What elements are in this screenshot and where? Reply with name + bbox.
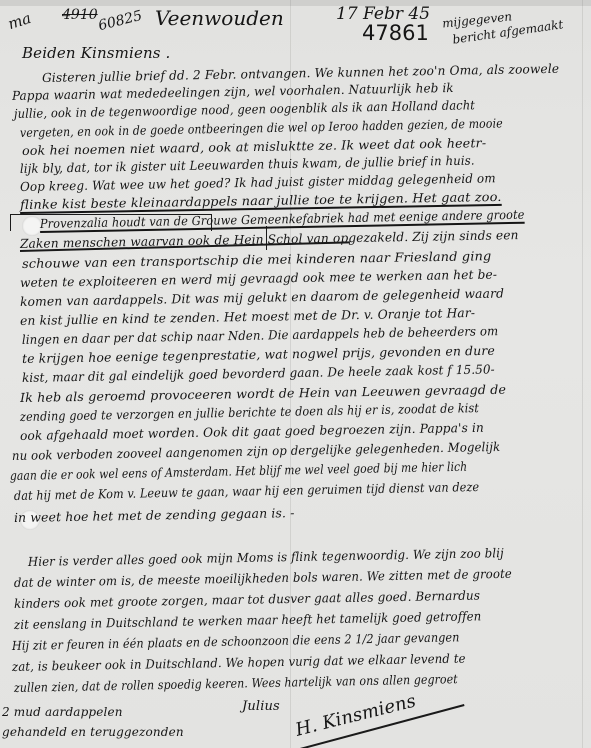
body-line: Hier is verder alles goed ook mijn Moms … bbox=[28, 547, 504, 568]
salutation: Beiden Kinsmiens . bbox=[22, 46, 170, 61]
footer-note-line2: gehandeld en teruggezonden bbox=[2, 726, 184, 738]
body-line: gaan die er ook wel eens of Amsterdam. H… bbox=[10, 461, 467, 483]
archive-number: 47861 bbox=[362, 23, 429, 44]
body-line: zat, is beukeer ook in Duitschland. We h… bbox=[12, 653, 466, 674]
body-line: kist, maar dit gal eindelijk goed bevord… bbox=[22, 363, 495, 384]
body-line: Hij zit er feuren in één plaats en de sc… bbox=[12, 631, 460, 652]
body-line: Gisteren jullie brief dd. 2 Febr. ontvan… bbox=[42, 63, 559, 85]
footer-note-line1: 2 mud aardappelen bbox=[2, 706, 123, 718]
header-annotation-number: 60825 bbox=[97, 9, 144, 33]
body-line: zullen zien, dat de rollen spoedig keere… bbox=[14, 673, 458, 694]
body-line: dat de winter om is, de meeste moeilijkh… bbox=[14, 568, 512, 590]
scan-top-strip bbox=[0, 0, 591, 6]
closing-word: Julius bbox=[242, 700, 280, 713]
header-annotation-left: ma bbox=[6, 11, 33, 32]
body-line: ook afgehaald moet worden. Ook dit gaat … bbox=[20, 422, 484, 443]
letter-page: ma 4910 60825 Veenwouden 17 Febr 45 4786… bbox=[0, 0, 591, 748]
paper-edge-line bbox=[582, 0, 583, 748]
header-annotation-crossed: 4910 bbox=[62, 8, 98, 22]
body-line: kinders ook met groote zorgen, maar tot … bbox=[14, 590, 480, 611]
body-line: zit eenslang in Duitschland te werken ma… bbox=[14, 610, 482, 631]
letter-place: Veenwouden bbox=[155, 8, 284, 28]
body-line: in weet hoe het met de zending gegaan is… bbox=[14, 507, 295, 524]
body-line: dat hij met de Kom v. Leeuw te gaan, waa… bbox=[14, 481, 479, 502]
body-line-boxed: Provenzalia houdt van de Grouwe Gemeenke… bbox=[40, 209, 525, 231]
